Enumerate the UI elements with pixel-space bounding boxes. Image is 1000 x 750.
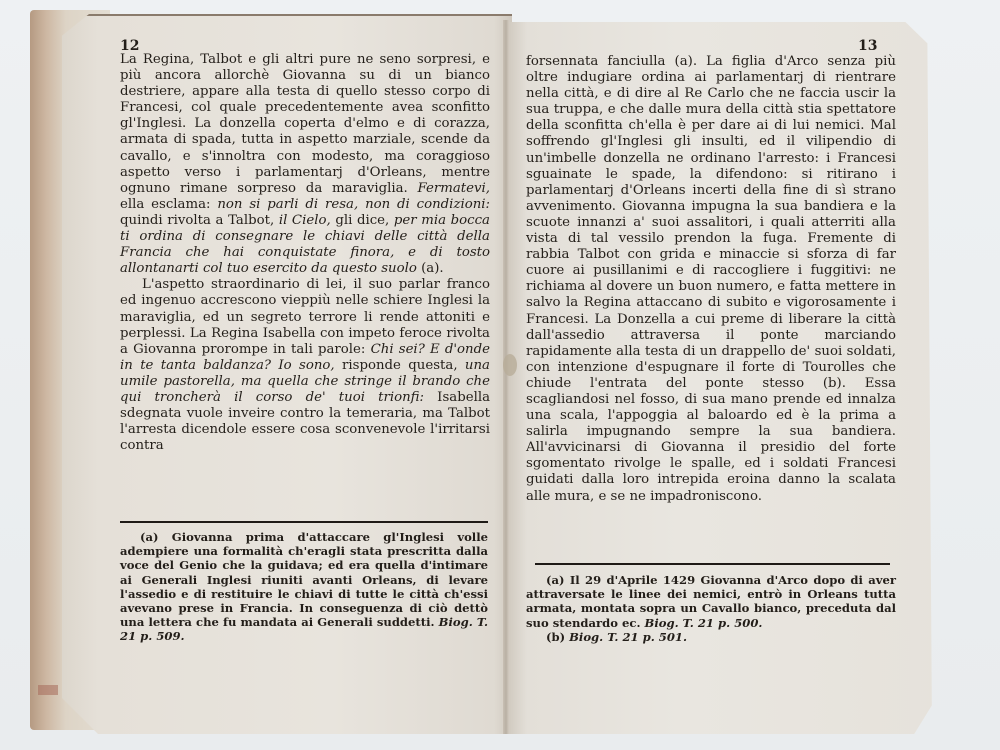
footnote-citation: Biog. T. 21 p. 501.	[569, 630, 687, 644]
footnote-marker: (a)	[140, 530, 158, 544]
left-page-body: La Regina, Talbot e gli altri pure ne se…	[120, 52, 490, 454]
body-text: gli dice,	[331, 213, 394, 228]
book-gutter	[503, 20, 509, 734]
body-italic: Fermatevi,	[418, 181, 490, 196]
body-text: ella esclama:	[120, 197, 217, 212]
right-page-number: 13	[858, 38, 877, 54]
footnote-marker: (a)	[546, 573, 564, 587]
body-italic: il Cielo,	[279, 213, 331, 228]
body-text: quindi rivolta a Talbot,	[120, 213, 279, 228]
body-text: forsennata fanciulla (a). La figlia d'Ar…	[526, 54, 896, 504]
footnote-rule	[535, 563, 890, 565]
left-footnotes: (a) Giovanna prima d'attaccare gl'Ingles…	[120, 530, 488, 644]
footnote-text: Giovanna prima d'attaccare gl'Inglesi vo…	[120, 530, 488, 629]
footnote-ref: (a).	[417, 261, 444, 276]
footnote-citation: Biog. T. 21 p. 500.	[645, 616, 763, 630]
right-page-body: forsennata fanciulla (a). La figlia d'Ar…	[526, 54, 896, 505]
body-text: risponde questa,	[335, 358, 465, 373]
footnote-marker: (b)	[546, 630, 565, 644]
body-italic: non si parli di resa, non di condizioni:	[217, 197, 490, 212]
footnote-rule	[120, 521, 488, 523]
right-footnotes: (a) Il 29 d'Aprile 1429 Giovanna d'Arco …	[526, 573, 896, 644]
paper-stain	[503, 354, 517, 376]
body-text: La Regina, Talbot e gli altri pure ne se…	[120, 52, 490, 196]
